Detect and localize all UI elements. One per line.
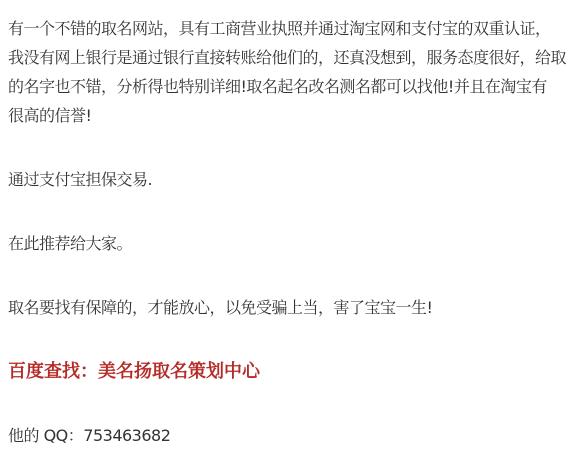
post-content: 有一个不错的取名网站，具有工商营业执照并通过淘宝网和支付宝的双重认证， 我没有网…	[0, 0, 570, 456]
paragraph-line: 我没有网上银行是通过银行直接转账给他们的，还真没想到，服务态度很好，给取	[8, 43, 564, 72]
paragraph-line: 的名字也不错，分析得也特别详细!取名起名改名测名都可以找他!并且在淘宝有	[8, 72, 564, 101]
qq-contact-line: 他的 QQ：753463682	[8, 421, 564, 450]
recommendation-note: 在此推荐给大家。	[8, 229, 564, 258]
baidu-search-highlight: 百度查找：美名扬取名策划中心	[8, 357, 564, 386]
testimonial-paragraph: 有一个不错的取名网站，具有工商营业执照并通过淘宝网和支付宝的双重认证， 我没有网…	[8, 14, 564, 130]
paragraph-line: 很高的信誉!	[8, 101, 564, 130]
paragraph-line: 有一个不错的取名网站，具有工商营业执照并通过淘宝网和支付宝的双重认证，	[8, 14, 564, 43]
warning-note: 取名要找有保障的，才能放心，以免受骗上当，害了宝宝一生!	[8, 293, 564, 322]
payment-note: 通过支付宝担保交易.	[8, 165, 564, 194]
